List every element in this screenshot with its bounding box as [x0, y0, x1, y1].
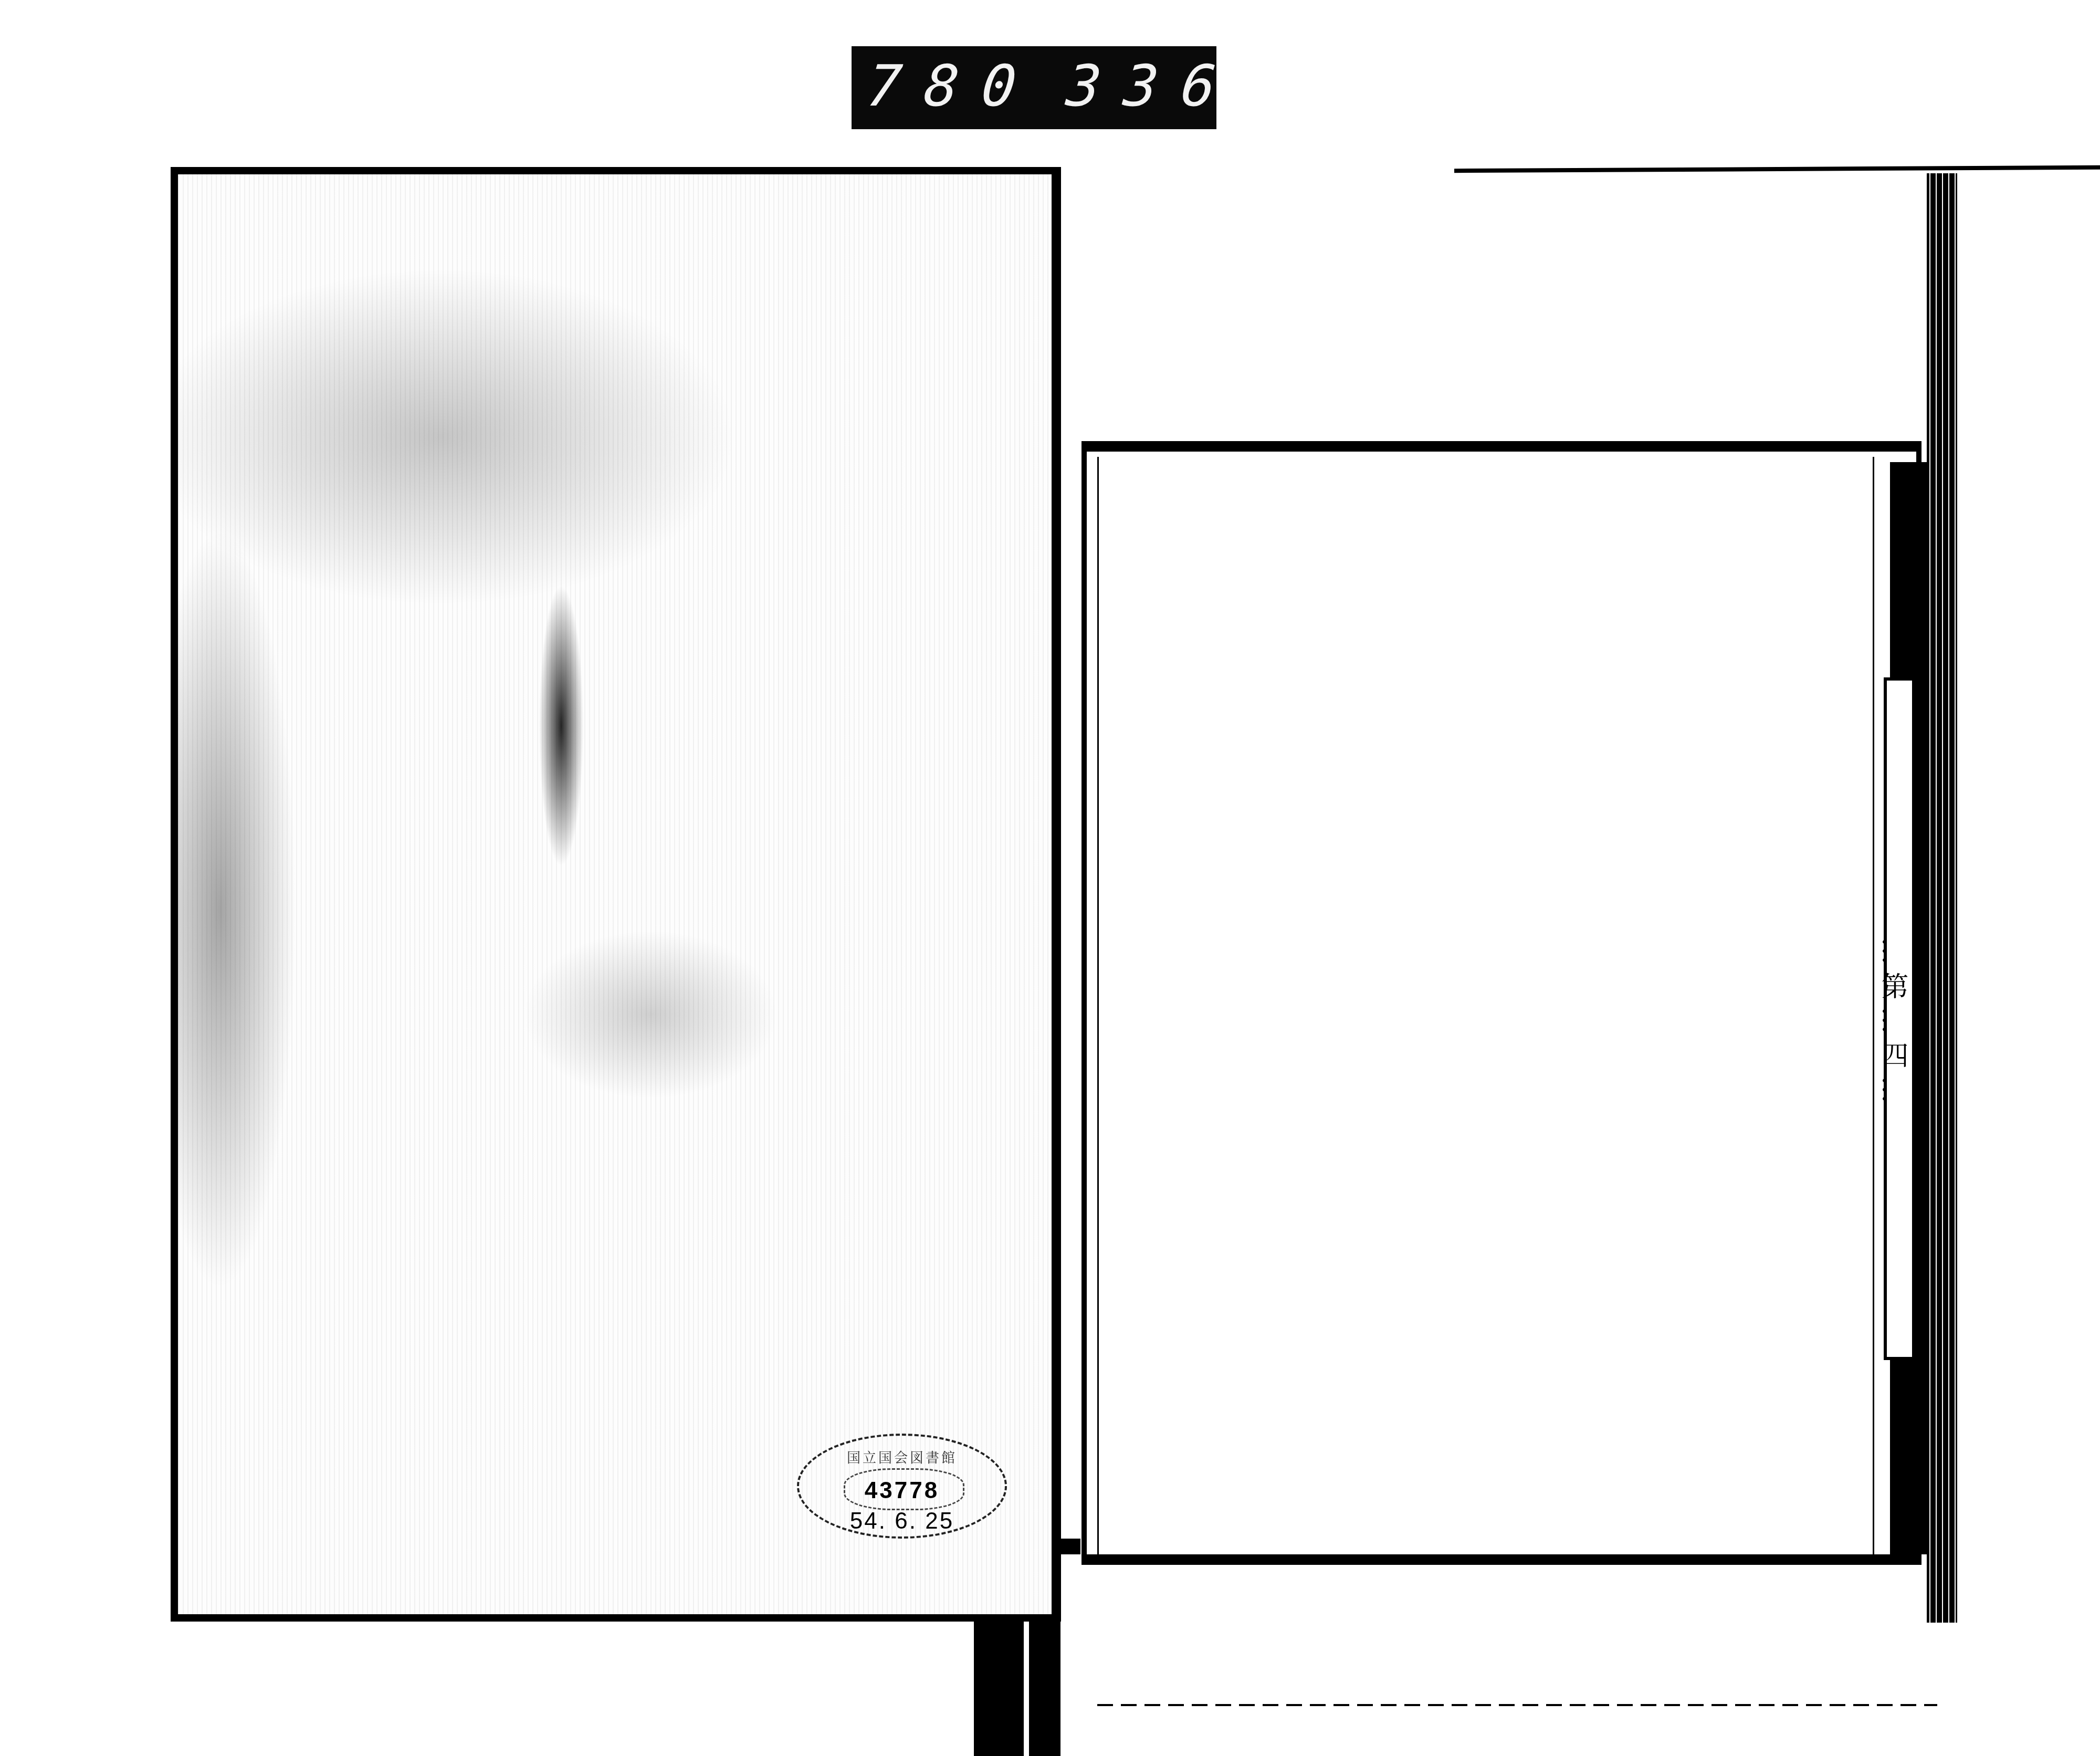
book-page-edges	[1927, 173, 1957, 1623]
control-number-left: 780	[864, 58, 1042, 116]
library-stamp: 国立国会図書館 43778 54. 6. 25	[797, 1434, 1007, 1539]
scan-edge-line	[1454, 165, 2100, 173]
inner-page-rule	[1097, 457, 1874, 1560]
stamp-accession-number: 43778	[799, 1478, 1005, 1504]
stamp-header: 国立国会図書館	[799, 1447, 1005, 1467]
scan-bottom-line	[1097, 1704, 1937, 1706]
spine-shadow	[974, 1620, 1024, 1756]
spine-shadow-edge	[1029, 1620, 1060, 1756]
stamp-date: 54. 6. 25	[799, 1508, 1005, 1534]
control-number-display: 780 336	[852, 46, 1216, 129]
book-cover-page	[171, 167, 1061, 1622]
page-corner	[1059, 1539, 1080, 1554]
control-number-right: 336	[1064, 58, 1242, 116]
spine-title-label: …第…四…	[1884, 677, 1915, 1360]
